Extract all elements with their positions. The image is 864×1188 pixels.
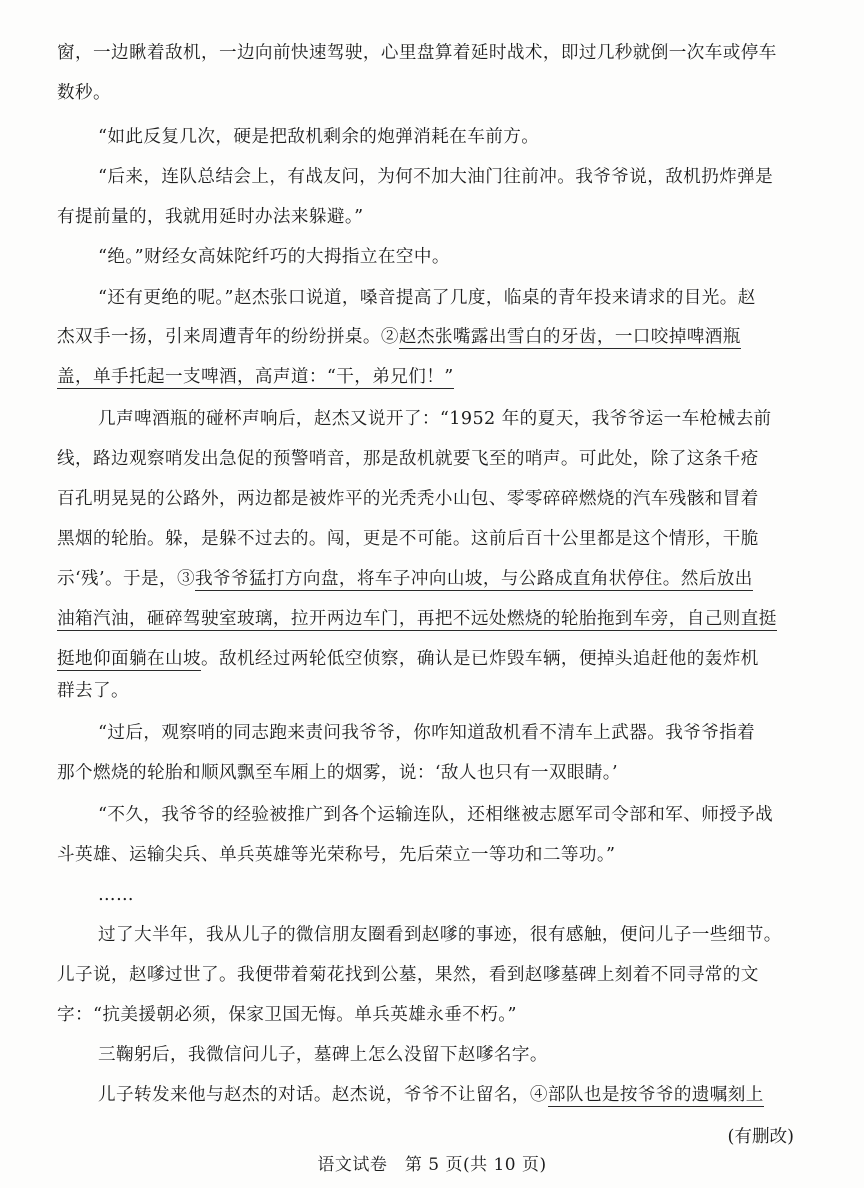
paragraph-line: “过后，观察哨的同志跑来责问我爷爷，你咋知道敌机看不清车上武器。我爷爷指着	[98, 718, 755, 748]
text-line-with-underline: 示‘残’。于是，③我爷爷猛打方向盘，将车子冲向山坡，与公路成直角状停住。然后放出	[57, 564, 753, 594]
text-line: 字：“抗美援朝必须，保家卫国无悔。单兵英雄永垂不朽。”	[57, 1000, 517, 1030]
paragraph-line: 三鞠躬后，我微信问儿子，墓碑上怎么没留下赵嗲名字。	[98, 1040, 548, 1070]
page-footer: 语文试卷 第 5 页(共 10 页)	[0, 1150, 864, 1180]
text-line: 儿子说，赵嗲过世了。我便带着菊花找到公墓，果然，看到赵嗲墓碑上刻着不同寻常的文	[57, 960, 759, 990]
text-line-with-underline: 杰双手一扬，引来周遭青年的纷纷拼桌。②赵杰张嘴露出雪白的牙齿，一口咬掉啤酒瓶	[57, 322, 741, 352]
text-line: 窗，一边瞅着敌机，一边向前快速驾驶，心里盘算着延时战术，即过几秒就倒一次车或停车	[57, 38, 777, 68]
text-line-with-underline: 儿子转发来他与赵杰的对话。赵杰说，爷爷不让留名，④部队也是按爷爷的遗嘱刻上	[98, 1080, 764, 1110]
paragraph-line: “还有更绝的呢。”赵杰张口说道，嗓音提高了几度，临桌的青年投来请求的目光。赵	[98, 283, 756, 313]
text-line: 有提前量的，我就用延时办法来躲避。”	[57, 202, 364, 232]
plain-text: 杰双手一扬，引来周遭青年的纷纷拼桌。②	[57, 327, 399, 347]
paragraph-line: “如此反复几次，硬是把敌机剩余的炮弹消耗在车前方。	[98, 122, 539, 152]
plain-text: 示‘残’。于是，③	[57, 569, 195, 589]
paragraph-line: “不久，我爷爷的经验被推广到各个运输连队，还相继被志愿军司令部和军、师授予战	[98, 800, 773, 830]
text-line: 群去了。	[57, 676, 129, 706]
text-line: 数秒。	[57, 78, 111, 108]
text-line: 那个燃烧的轮胎和顺风飘至车厢上的烟雾，说：‘敌人也只有一双眼睛。’	[57, 758, 618, 788]
plain-text: 儿子转发来他与赵杰的对话。赵杰说，爷爷不让留名，④	[98, 1085, 548, 1105]
underlined-sentence-3-cont: 油箱汽油，砸碎驾驶室玻璃，拉开两边车门，再把不远处燃烧的轮胎拖到车旁，自己则直挺	[57, 609, 777, 631]
underlined-sentence-2: 赵杰张嘴露出雪白的牙齿，一口咬掉啤酒瓶	[399, 327, 741, 349]
text-line-with-underline: 油箱汽油，砸碎驾驶室玻璃，拉开两边车门，再把不远处燃烧的轮胎拖到车旁，自己则直挺	[57, 604, 777, 634]
paragraph-line: 几声啤酒瓶的碰杯声响后，赵杰又说开了：“1952 年的夏天，我爷爷运一车枪械去前	[98, 404, 772, 434]
text-line: 斗英雄、运输尖兵、单兵英雄等光荣称号，先后荣立一等功和二等功。”	[57, 840, 615, 870]
source-note: (有删改)	[727, 1122, 794, 1152]
underlined-sentence-2-cont: 盖，单手托起一支啤酒，高声道：“干，弟兄们！”	[57, 367, 454, 389]
paragraph-line: “后来，连队总结会上，有战友问，为何不加大油门往前冲。我爷爷说，敌机扔炸弹是	[98, 162, 773, 192]
text-line-with-underline: 盖，单手托起一支啤酒，高声道：“干，弟兄们！”	[57, 362, 454, 392]
paragraph-line: “绝。”财经女高妹陀纤巧的大拇指立在空中。	[98, 242, 450, 272]
underlined-sentence-3-end: 挺地仰面躺在山坡	[57, 649, 201, 671]
text-line: 百孔明晃晃的公路外，两边都是被炸平的光秃秃小山包、零零碎碎燃烧的汽车残骸和冒着	[57, 484, 759, 514]
plain-text: 。敌机经过两轮低空侦察，确认是已炸毁车辆，便掉头追赶他的轰炸机	[201, 649, 759, 669]
ellipsis-line: ……	[98, 880, 134, 910]
underlined-sentence-4: 部队也是按爷爷的遗嘱刻上	[548, 1085, 764, 1107]
underlined-sentence-3: 我爷爷猛打方向盘，将车子冲向山坡，与公路成直角状停住。然后放出	[195, 569, 753, 591]
text-line-with-underline: 挺地仰面躺在山坡。敌机经过两轮低空侦察，确认是已炸毁车辆，便掉头追赶他的轰炸机	[57, 644, 759, 674]
paragraph-line: 过了大半年，我从儿子的微信朋友圈看到赵嗲的事迹，很有感触，便问儿子一些细节。	[98, 920, 782, 950]
text-line: 线，路边观察哨发出急促的预警哨音，那是敌机就要飞至的哨声。可此处，除了这条千疮	[57, 444, 759, 474]
text-line: 黑烟的轮胎。躲，是躲不过去的。闯，更是不可能。这前后百十公里都是这个情形，干脆	[57, 524, 759, 554]
